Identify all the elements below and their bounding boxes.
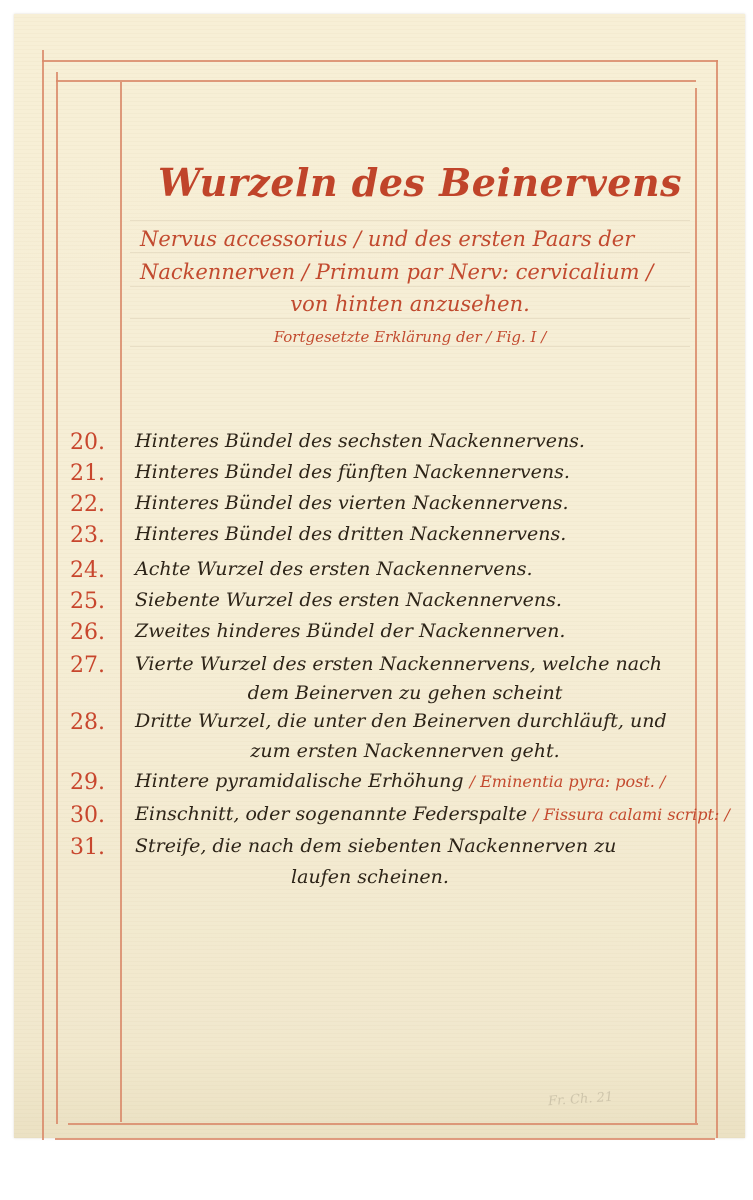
entry-text: Hinteres Bündel des dritten Nackennerven…: [135, 523, 566, 545]
entry-text: Siebente Wurzel des ersten Nackennervens…: [135, 589, 562, 611]
ruled-line: [130, 220, 690, 221]
entry-latin-term: / Eminentia pyra: post. /: [470, 772, 666, 791]
entry-number: 22.: [70, 492, 122, 517]
entry-text: Einschnitt, oder sogenannte Federspalte …: [135, 803, 730, 825]
outer-frame-left: [42, 50, 44, 1140]
entry-number: 30.: [70, 803, 122, 828]
entry-text-german: Einschnitt, oder sogenannte Federspalte: [135, 803, 527, 825]
entry-number: 29.: [70, 770, 122, 795]
ruled-line: [130, 286, 690, 287]
ruled-line: [130, 252, 690, 253]
entry-number: 24.: [70, 558, 122, 583]
entry-text: Zweites hinderes Bündel der Nackennerven…: [135, 620, 565, 642]
outer-frame-top: [42, 60, 718, 62]
page-title: Wurzeln des Beinervens: [140, 160, 700, 205]
entry-text: Hintere pyramidalische Erhöhung / Eminen…: [135, 770, 665, 792]
entry-text: Vierte Wurzel des ersten Nackennervens, …: [135, 653, 662, 675]
entry-text: Achte Wurzel des ersten Nackennervens.: [135, 558, 533, 580]
entry-text: Dritte Wurzel, die unter den Beinerven d…: [135, 710, 667, 732]
entry-continuation: zum ersten Nackennerven geht.: [135, 740, 675, 762]
inner-frame-left: [56, 72, 58, 1124]
subtitle-line-1: Nervus accessorius / und des ersten Paar…: [140, 227, 680, 251]
entry-number: 26.: [70, 620, 122, 645]
inner-frame-right: [695, 88, 697, 1123]
entry-number: 25.: [70, 589, 122, 614]
entry-text-german: Hintere pyramidalische Erhöhung: [135, 770, 464, 792]
outer-frame-bottom: [55, 1138, 715, 1140]
entry-text: Hinteres Bündel des vierten Nackennerven…: [135, 492, 568, 514]
entry-text: Hinteres Bündel des fünften Nackennerven…: [135, 461, 570, 483]
ruled-line: [130, 346, 690, 347]
entry-number: 28.: [70, 710, 122, 735]
entry-continuation: laufen scheinen.: [100, 866, 640, 888]
entry-continuation: dem Beinerven zu gehen scheint: [135, 682, 675, 704]
entry-number: 21.: [70, 461, 122, 486]
subtitle-line-2: Nackennerven / Primum par Nerv: cervical…: [140, 260, 680, 284]
entry-text: Streife, die nach dem siebenten Nackenne…: [135, 835, 616, 857]
entry-latin-term: / Fissura calami script: /: [533, 805, 730, 824]
entry-number: 31.: [70, 835, 122, 860]
subtitle-line-4: Fortgesetzte Erklärung der / Fig. I /: [140, 328, 680, 346]
entry-text: Hinteres Bündel des sechsten Nackennerve…: [135, 430, 585, 452]
inner-frame-bottom: [68, 1123, 698, 1125]
outer-frame-right: [716, 60, 718, 1138]
ruled-line: [130, 318, 690, 319]
entry-number: 23.: [70, 523, 122, 548]
subtitle-line-3: von hinten anzusehen.: [140, 292, 680, 316]
inner-frame-top: [56, 80, 696, 82]
entry-number: 20.: [70, 430, 122, 455]
entry-number: 27.: [70, 653, 122, 678]
